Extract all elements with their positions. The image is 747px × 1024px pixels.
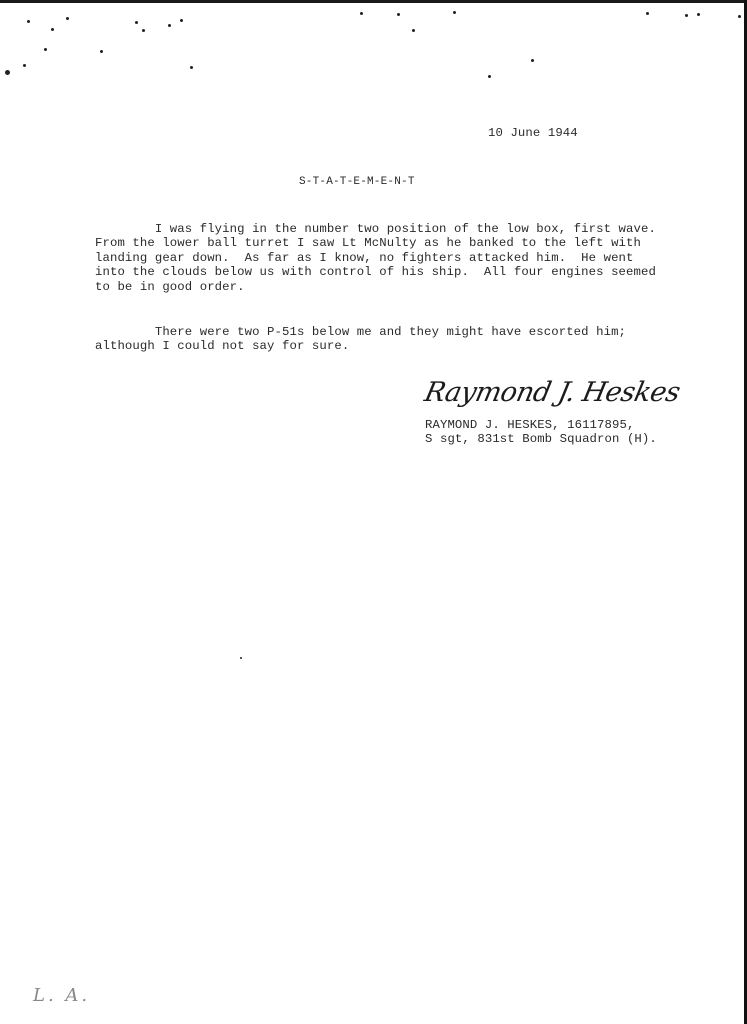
statement-paragraph-2: There were two P-51s below me and they m… <box>95 325 626 354</box>
scan-top-edge <box>0 0 747 3</box>
signatory-name: RAYMOND J. HESKES, 16117895, <box>425 418 634 432</box>
signatory-block: RAYMOND J. HESKES, 16117895, S sgt, 831s… <box>425 418 657 447</box>
document-date: 10 June 1944 <box>488 126 578 140</box>
signatory-rank: S sgt, 831st Bomb Squadron (H). <box>425 432 657 446</box>
margin-handwritten-note: L. A. <box>33 985 90 1006</box>
statement-paragraph-1: I was flying in the number two position … <box>95 222 656 294</box>
document-title: S-T-A-T-E-M-E-N-T <box>299 175 415 189</box>
handwritten-signature: Raymond J. Heskes <box>422 377 683 408</box>
